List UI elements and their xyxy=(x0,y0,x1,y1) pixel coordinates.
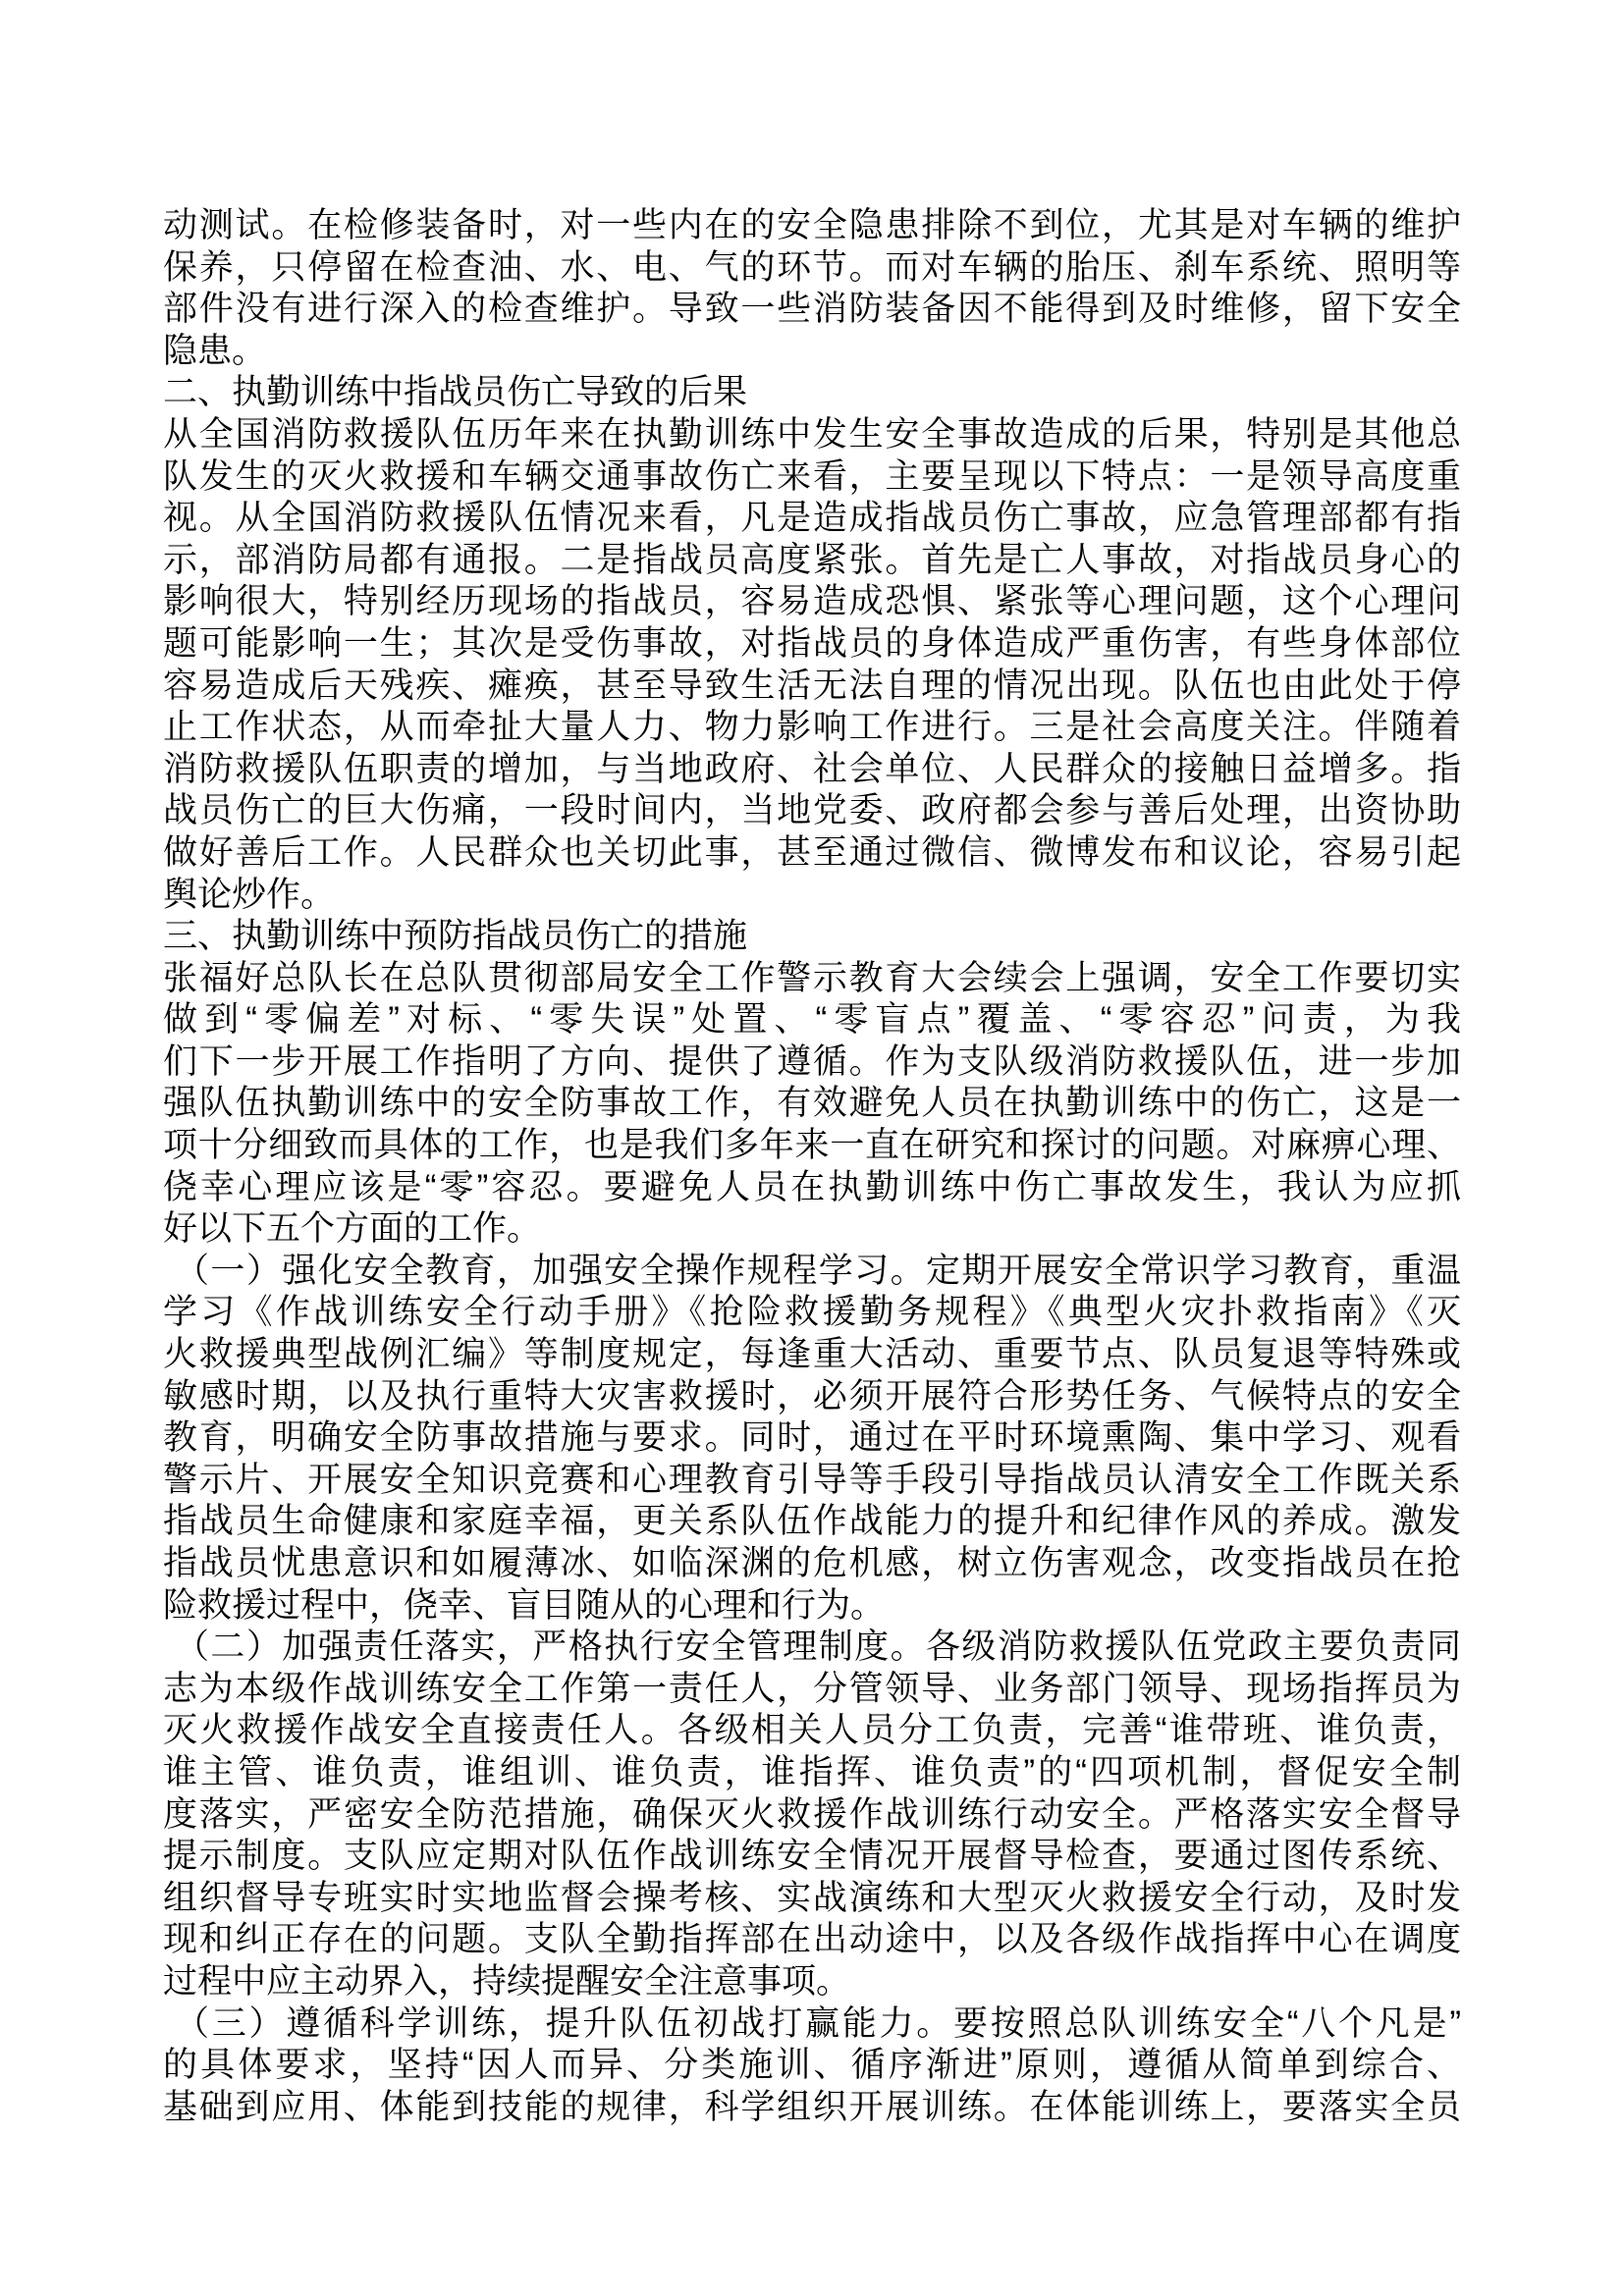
text-line: 的具体要求，坚持“因人而异、分类施训、循序渐进”原则，遵循从简单到综合、 xyxy=(163,2045,1461,2087)
text-line: 敏感时期，以及执行重特大灾害救援时，必须开展符合形势任务、气候特点的安全 xyxy=(163,1376,1461,1418)
text-line: 基础到应用、体能到技能的规律，科学组织开展训练。在体能训练上，要落实全员 xyxy=(163,2087,1461,2129)
text-line: 志为本级作战训练安全工作第一责任人，分管领导、业务部门领导、现场指挥员为 xyxy=(163,1669,1461,1711)
text-line: 险救援过程中，侥幸、盲目随从的心理和行为。 xyxy=(163,1585,1461,1628)
text-line: 度落实，严密安全防范措施，确保灭火救援作战训练行动安全。严格落实安全督导 xyxy=(163,1794,1461,1837)
text-line: 队发生的灭火救援和车辆交通事故伤亡来看，主要呈现以下特点：一是领导高度重 xyxy=(163,456,1461,499)
text-line: 谁主管、谁负责，谁组训、谁负责，谁指挥、谁负责”的“四项机制，督促安全制 xyxy=(163,1752,1461,1794)
text-line: 指战员生命健康和家庭幸福，更关系队伍作战能力的提升和纪律作风的养成。激发 xyxy=(163,1501,1461,1543)
text-line: 好以下五个方面的工作。 xyxy=(163,1208,1461,1251)
text-line: 战员伤亡的巨大伤痛，一段时间内，当地党委、政府都会参与善后处理，出资协助 xyxy=(163,790,1461,832)
text-line: 视。从全国消防救援队伍情况来看，凡是造成指战员伤亡事故，应急管理部都有指 xyxy=(163,498,1461,540)
text-line: 侥幸心理应该是“零”容忍。要避免人员在执勤训练中伤亡事故发生，我认为应抓 xyxy=(163,1167,1461,1209)
text-line: 示，部消防局都有通报。二是指战员高度紧张。首先是亡人事故，对指战员身心的 xyxy=(163,540,1461,582)
text-line: 警示片、开展安全知识竞赛和心理教育引导等手段引导指战员认清安全工作既关系 xyxy=(163,1460,1461,1502)
text-line: 容易造成后天残疾、瘫痪，甚至导致生活无法自理的情况出现。队伍也由此处于停 xyxy=(163,666,1461,708)
text-line: 项十分细致而具体的工作，也是我们多年来一直在研究和探讨的问题。对麻痹心理、 xyxy=(163,1125,1461,1167)
text-line: 现和纠正存在的问题。支队全勤指挥部在出动途中，以及各级作战指挥中心在调度 xyxy=(163,1919,1461,1961)
text-line: 做好善后工作。人民群众也关切此事，甚至通过微信、微博发布和议论，容易引起 xyxy=(163,832,1461,875)
document-body: 动测试。在检修装备时，对一些内在的安全隐患排除不到位，尤其是对车辆的维护保养，只… xyxy=(163,205,1461,2128)
text-line: 题可能影响一生；其次是受伤事故，对指战员的身体造成严重伤害，有些身体部位 xyxy=(163,623,1461,666)
text-line: 过程中应主动界入，持续提醒安全注意事项。 xyxy=(163,1961,1461,2003)
text-line: 组织督导专班实时实地监督会操考核、实战演练和大型灭火救援安全行动，及时发 xyxy=(163,1878,1461,1920)
text-line: 消防救援队伍职责的增加，与当地政府、社会单位、人民群众的接触日益增多。指 xyxy=(163,749,1461,791)
text-line: 动测试。在检修装备时，对一些内在的安全隐患排除不到位，尤其是对车辆的维护 xyxy=(163,205,1461,247)
text-line: 二、执勤训练中指战员伤亡导致的后果 xyxy=(163,372,1461,414)
text-line: 火救援典型战例汇编》等制度规定，每逢重大活动、重要节点、队员复退等特殊或 xyxy=(163,1334,1461,1376)
text-line: 强队伍执勤训练中的安全防事故工作，有效避免人员在执勤训练中的伤亡，这是一 xyxy=(163,1083,1461,1125)
text-line: 做到“零偏差”对标、“零失误”处置、“零盲点”覆盖、“零容忍”问责，为我 xyxy=(163,999,1461,1041)
text-line: 从全国消防救援队伍历年来在执勤训练中发生安全事故造成的后果，特别是其他总 xyxy=(163,414,1461,456)
text-line: 张福好总队长在总队贯彻部局安全工作警示教育大会续会上强调，安全工作要切实 xyxy=(163,958,1461,1000)
text-line: 隐患。 xyxy=(163,331,1461,373)
text-line: 保养，只停留在检查油、水、电、气的环节。而对车辆的胎压、刹车系统、照明等 xyxy=(163,247,1461,290)
text-line: （三）遵循科学训练，提升队伍初战打赢能力。要按照总队训练安全“八个凡是” xyxy=(163,2003,1461,2046)
text-line: 教育，明确安全防事故措施与要求。同时，通过在平时环境熏陶、集中学习、观看 xyxy=(163,1417,1461,1460)
text-line: 指战员忧患意识和如履薄冰、如临深渊的危机感，树立伤害观念，改变指战员在抢 xyxy=(163,1543,1461,1585)
text-line: 止工作状态，从而牵扯大量人力、物力影响工作进行。三是社会高度关注。伴随着 xyxy=(163,707,1461,749)
text-line: 部件没有进行深入的检查维护。导致一些消防装备因不能得到及时维修，留下安全 xyxy=(163,289,1461,331)
text-line: 影响很大，特别经历现场的指战员，容易造成恐惧、紧张等心理问题，这个心理问 xyxy=(163,581,1461,623)
text-line: （一）强化安全教育，加强安全操作规程学习。定期开展安全常识学习教育，重温 xyxy=(163,1251,1461,1293)
text-line: 提示制度。支队应定期对队伍作战训练安全情况开展督导检查，要通过图传系统、 xyxy=(163,1836,1461,1878)
text-line: 三、执勤训练中预防指战员伤亡的措施 xyxy=(163,916,1461,958)
text-line: 学习《作战训练安全行动手册》《抢险救援勤务规程》《典型火灾扑救指南》《灭 xyxy=(163,1292,1461,1334)
text-line: 们下一步开展工作指明了方向、提供了遵循。作为支队级消防救援队伍，进一步加 xyxy=(163,1041,1461,1084)
document-page: 动测试。在检修装备时，对一些内在的安全隐患排除不到位，尤其是对车辆的维护保养，只… xyxy=(0,0,1624,2296)
text-line: （二）加强责任落实，严格执行安全管理制度。各级消防救援队伍党政主要负责同 xyxy=(163,1627,1461,1669)
text-line: 灭火救援作战安全直接责任人。各级相关人员分工负责，完善“谁带班、谁负责， xyxy=(163,1710,1461,1752)
text-line: 舆论炒作。 xyxy=(163,875,1461,917)
